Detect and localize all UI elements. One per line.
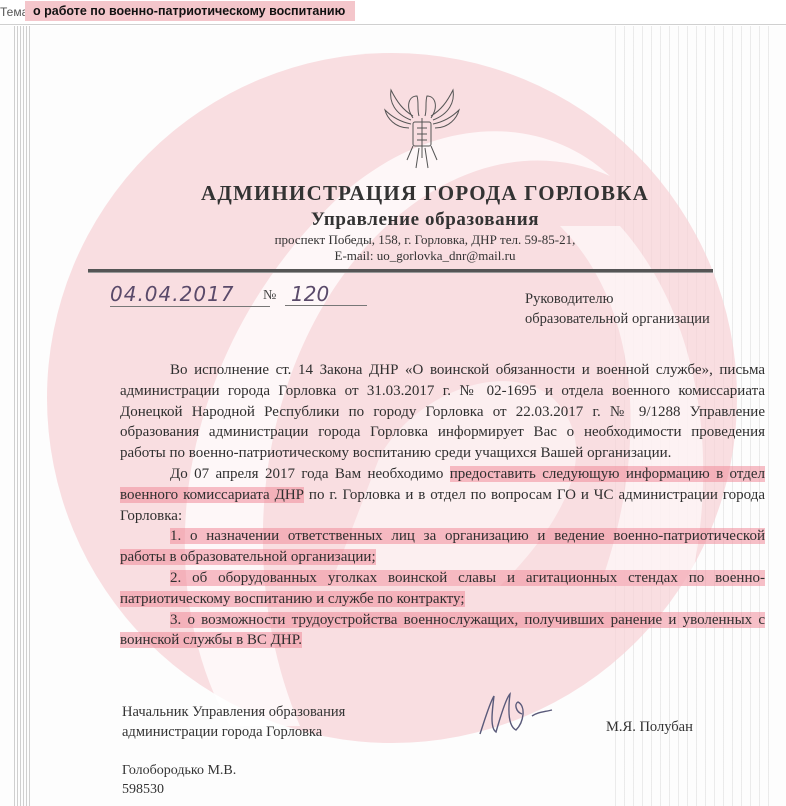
list-item: 1. о назначении ответственных лиц за орг… xyxy=(120,526,765,568)
letter: АДМИНИСТРАЦИЯ ГОРОДА ГОРЛОВКА Управление… xyxy=(0,26,786,806)
scanned-document: АДМИНИСТРАЦИЯ ГОРОДА ГОРЛОВКА Управление… xyxy=(0,26,786,806)
recipient-block: Руководителю образовательной организации xyxy=(525,289,710,329)
executor-name: Голобородько М.В. xyxy=(122,761,236,780)
signatory-title: Начальник Управления образования админис… xyxy=(122,702,345,742)
handwritten-number: 120 xyxy=(285,282,367,306)
organization-name: АДМИНИСТРАЦИЯ ГОРОДА ГОРЛОВКА xyxy=(200,181,650,206)
paragraph-1: Во исполнение ст. 14 Закона ДНР «О воинс… xyxy=(120,360,765,464)
subject-bar: Тема о работе по военно-патриотическому … xyxy=(0,0,786,25)
paragraph-2: До 07 апреля 2017 года Вам необходимо пр… xyxy=(120,464,765,526)
signatory-name: М.Я. Полубан xyxy=(606,719,693,736)
subject-value: о работе по военно-патриотическому воспи… xyxy=(25,1,355,21)
list-item: 3. о возможности трудоустройства военнос… xyxy=(120,610,765,652)
email: E-mail: uo_gorlovka_dnr@mail.ru xyxy=(200,248,650,264)
address: проспект Победы, 158, г. Горловка, ДНР т… xyxy=(200,232,650,248)
handwritten-date: 04.04.2017 xyxy=(110,282,270,307)
department-name: Управление образования xyxy=(200,209,650,231)
executor-phone: 598530 xyxy=(122,780,236,799)
letterhead-divider xyxy=(88,269,713,273)
recipient-line-1: Руководителю xyxy=(525,289,710,309)
executor-block: Голобородько М.В. 598530 xyxy=(122,761,236,799)
number-sign: № xyxy=(263,288,276,304)
paragraph-2-start: До 07 апреля 2017 года Вам необходимо xyxy=(170,466,450,482)
recipient-line-2: образовательной организации xyxy=(525,309,710,329)
list-item: 2. об оборудованных уголках воинской сла… xyxy=(120,568,765,610)
letter-body: Во исполнение ст. 14 Закона ДНР «О воинс… xyxy=(120,360,765,651)
emblem-icon xyxy=(383,88,461,174)
handwritten-signature-icon xyxy=(470,682,560,742)
